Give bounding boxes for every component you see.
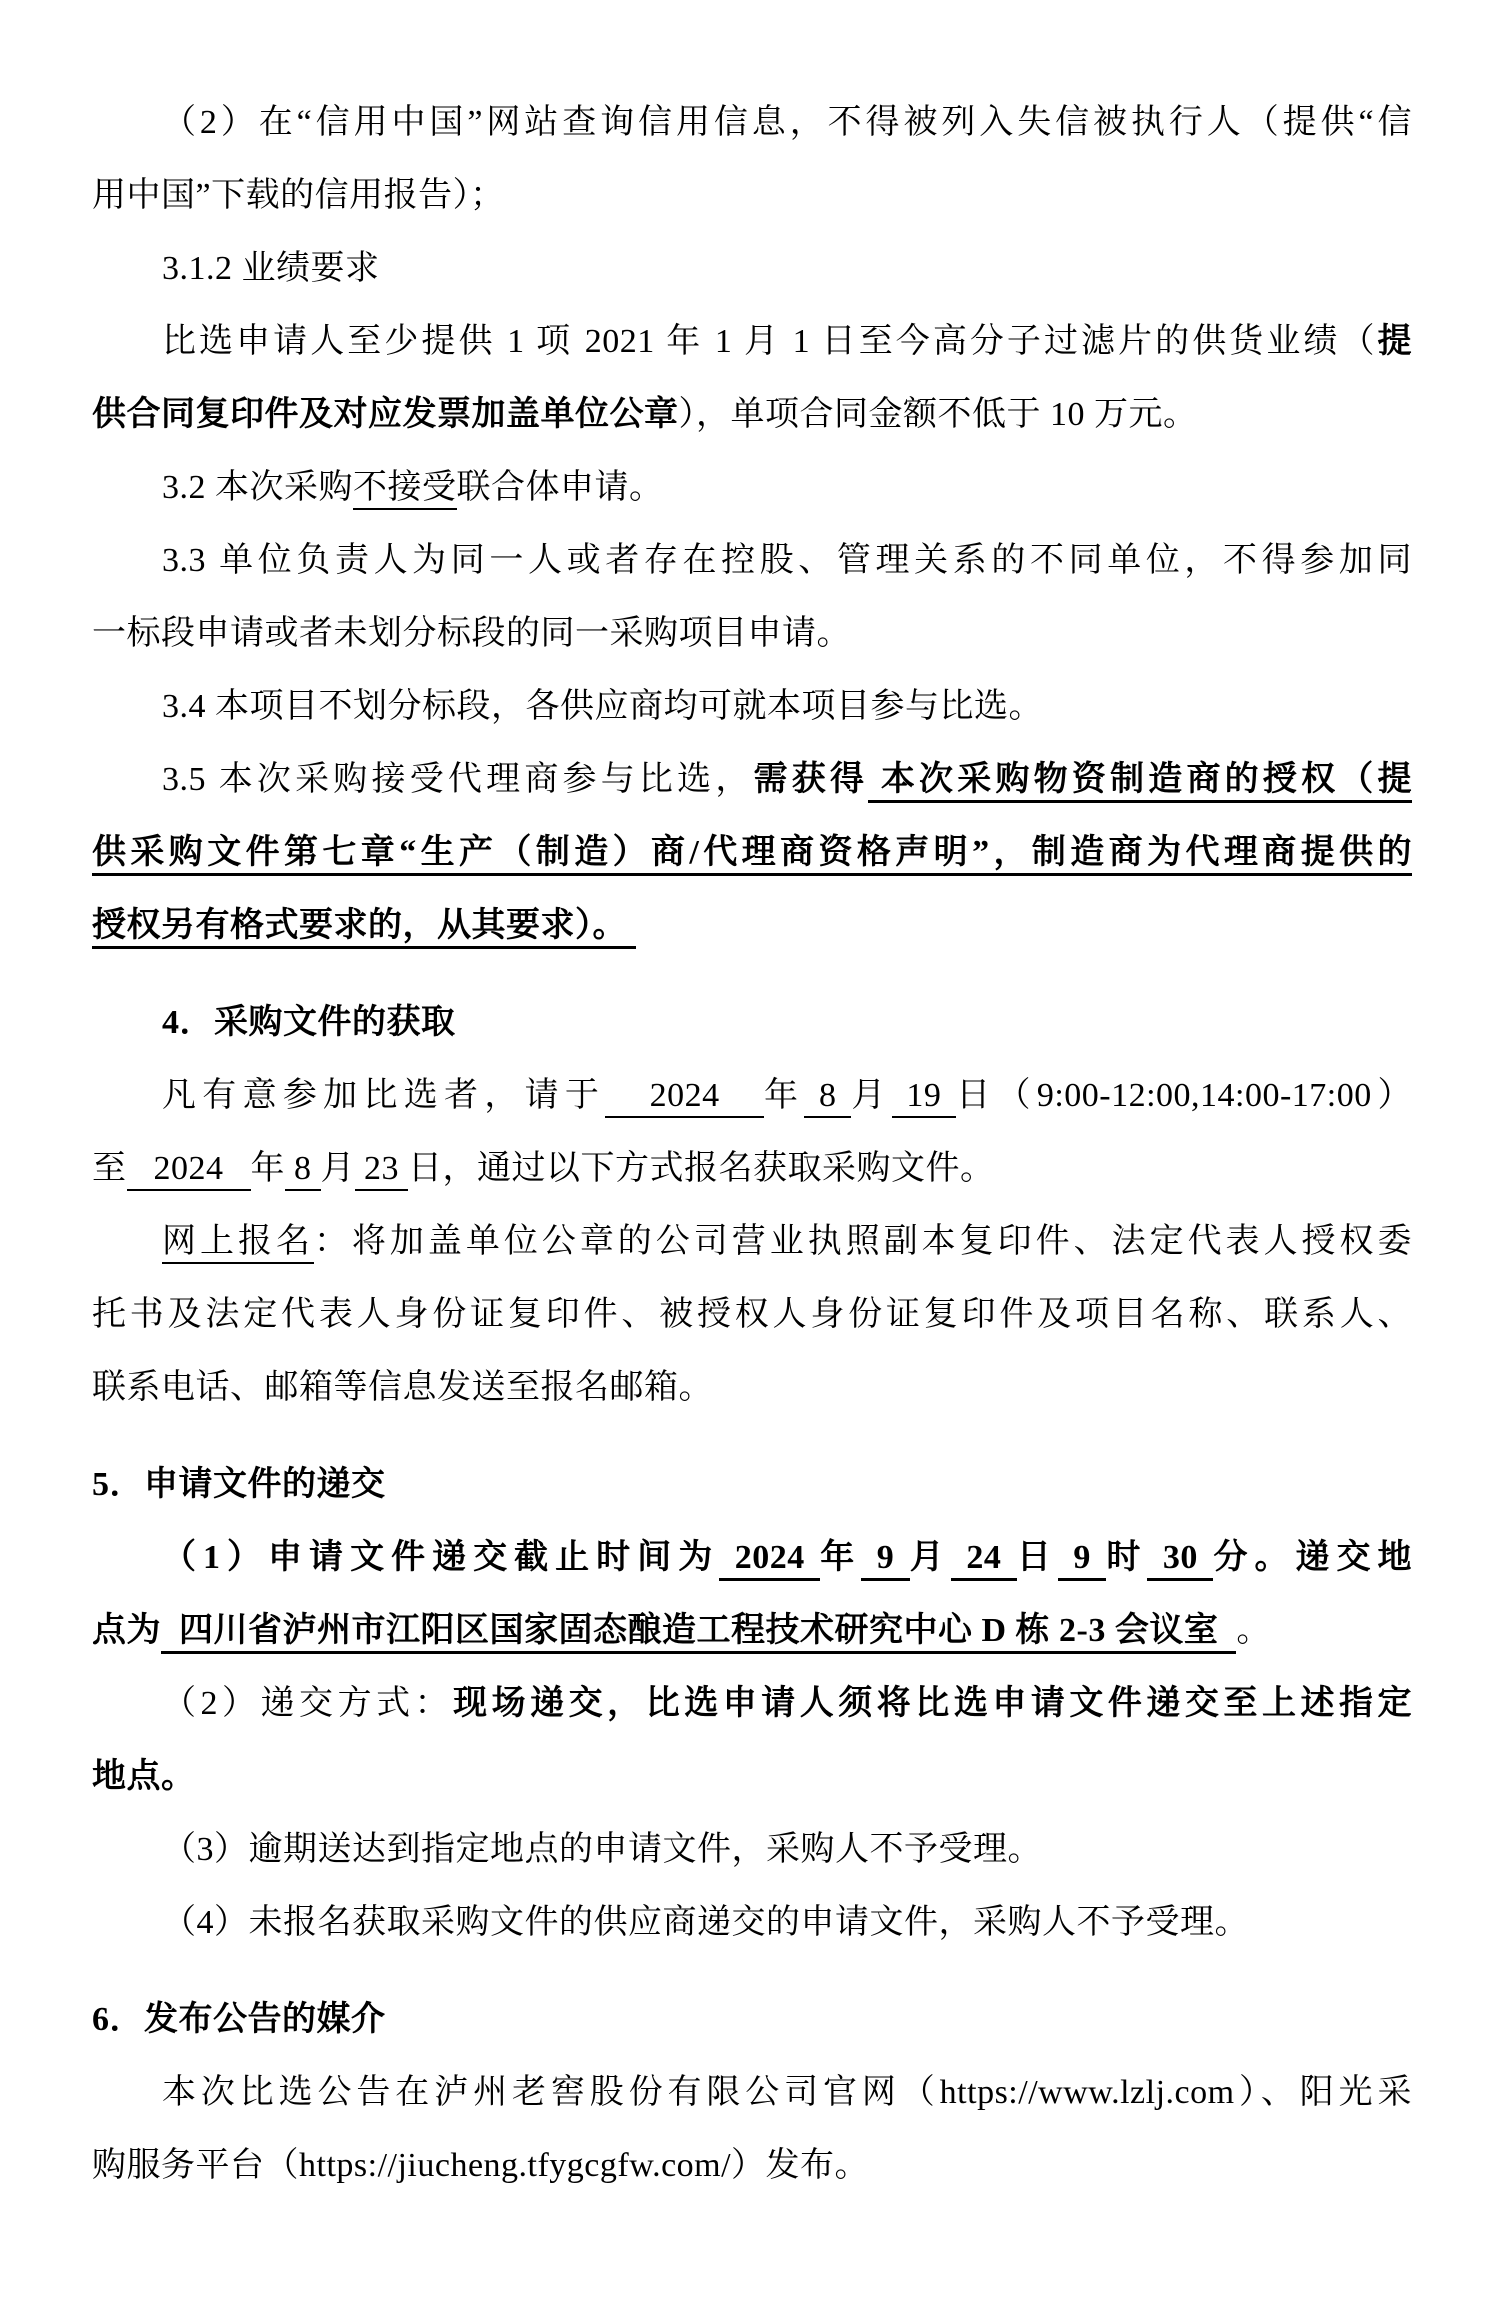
text-run: 本次比选公告在泸州老窖股份有限公司官网（https://www.lzlj.com… bbox=[162, 2074, 1412, 2111]
underlined-text-run: 9 bbox=[1058, 1539, 1107, 1581]
text-run: 分。递交地 bbox=[1213, 1539, 1412, 1576]
text-run: 供合同复印件及对应发票加盖单位公章 bbox=[92, 396, 679, 433]
text-run: 一标段申请或者未划分标段的同一采购项目申请。 bbox=[92, 615, 851, 652]
text-line: （3）逾期送达到指定地点的申请文件，采购人不予受理。 bbox=[92, 1813, 1412, 1886]
text-run: （2）在“信用中国”网站查询信用信息，不得被列入失信被执行人（提供“信 bbox=[162, 104, 1412, 141]
text-line: 购服务平台（https://jiucheng.tfygcgfw.com/）发布。 bbox=[92, 2129, 1412, 2202]
text-run: 托书及法定代表人身份证复印件、被授权人身份证复印件及项目名称、联系人、 bbox=[92, 1296, 1412, 1333]
text-line: 网上报名：将加盖单位公章的公司营业执照副本复印件、法定代表人授权委 bbox=[92, 1205, 1412, 1278]
text-run: 凡有意参加比选者，请于 bbox=[162, 1077, 605, 1114]
text-run: 月 bbox=[851, 1077, 891, 1114]
text-line: 3.1.2 业绩要求 bbox=[92, 232, 1412, 305]
underlined-text-run: 供采购文件第七章“生产（制造）商/代理商资格声明”，制造商为代理商提供的 bbox=[92, 834, 1412, 876]
text-run: 4．采购文件的获取 bbox=[162, 1004, 456, 1041]
text-run: 年 bbox=[820, 1539, 861, 1576]
section-4-heading: 4．采购文件的获取 bbox=[92, 986, 1412, 1059]
underlined-text-run: 授权另有格式要求的，从其要求）。 bbox=[92, 907, 636, 949]
text-run: 日 bbox=[1017, 1539, 1058, 1576]
text-run: 时 bbox=[1106, 1539, 1147, 1576]
text-line: 比选申请人至少提供 1 项 2021 年 1 月 1 日至今高分子过滤片的供货业… bbox=[92, 305, 1412, 378]
section-5-heading: 5．申请文件的递交 bbox=[92, 1448, 1412, 1521]
text-run: （3）逾期送达到指定地点的申请文件，采购人不予受理。 bbox=[162, 1831, 1042, 1868]
text-run: 点为 bbox=[92, 1612, 161, 1649]
text-run: （1）申请文件递交截止时间为 bbox=[162, 1539, 719, 1576]
text-run: 需获得 bbox=[754, 761, 869, 798]
underlined-text-run: 23 bbox=[355, 1150, 408, 1191]
text-run: 3.3 单位负责人为同一人或者存在控股、管理关系的不同单位，不得参加同 bbox=[162, 542, 1412, 579]
text-line: 供采购文件第七章“生产（制造）商/代理商资格声明”，制造商为代理商提供的 bbox=[92, 816, 1412, 889]
text-run: 日，通过以下方式报名获取采购文件。 bbox=[408, 1150, 995, 1187]
underlined-text-run: 8 bbox=[285, 1150, 321, 1191]
text-line: 一标段申请或者未划分标段的同一采购项目申请。 bbox=[92, 597, 1412, 670]
text-run: 提 bbox=[1378, 323, 1413, 360]
text-line: 本次比选公告在泸州老窖股份有限公司官网（https://www.lzlj.com… bbox=[92, 2056, 1412, 2129]
underlined-text-run: 本次采购物资制造商的授权（提 bbox=[868, 761, 1412, 803]
text-run: 3.4 本项目不划分标段，各供应商均可就本项目参与比选。 bbox=[162, 688, 1043, 725]
text-run: 比选申请人至少提供 1 项 2021 年 1 月 1 日至今高分子过滤片的供货业… bbox=[162, 323, 1378, 360]
text-line: （1）申请文件递交截止时间为 2024 年 9 月 24 日 9 时 30 分。… bbox=[92, 1521, 1412, 1594]
text-run: 3.1.2 业绩要求 bbox=[162, 250, 380, 287]
section-6-heading: 6．发布公告的媒介 bbox=[92, 1983, 1412, 2056]
text-run: 至 bbox=[92, 1150, 127, 1187]
text-line: 联系电话、邮箱等信息发送至报名邮箱。 bbox=[92, 1351, 1412, 1424]
underlined-text-run: 30 bbox=[1147, 1539, 1213, 1581]
text-run: ），单项合同金额不低于 10 万元。 bbox=[679, 396, 1198, 433]
text-run: 3.2 本次采购 bbox=[162, 469, 353, 506]
text-line: 3.2 本次采购不接受联合体申请。 bbox=[92, 451, 1412, 524]
text-line: 凡有意参加比选者，请于 2024 年 8 月 19 日（9:00-12:00,1… bbox=[92, 1059, 1412, 1132]
text-run: 。 bbox=[1236, 1612, 1271, 1649]
text-line: （4）未报名获取采购文件的供应商递交的申请文件，采购人不予受理。 bbox=[92, 1886, 1412, 1959]
text-run: 年 bbox=[764, 1077, 804, 1114]
text-line: 授权另有格式要求的，从其要求）。 bbox=[92, 889, 1412, 962]
text-run: 现场递交，比选申请人须将比选申请文件递交至上述指定 bbox=[453, 1685, 1412, 1722]
text-line: 至 2024 年 8 月 23 日，通过以下方式报名获取采购文件。 bbox=[92, 1132, 1412, 1205]
text-line: 3.5 本次采购接受代理商参与比选，需获得 本次采购物资制造商的授权（提 bbox=[92, 743, 1412, 816]
underlined-text-run: 2024 bbox=[127, 1150, 251, 1191]
underlined-text-run: 网上报名 bbox=[162, 1223, 314, 1264]
text-run: 5．申请文件的递交 bbox=[92, 1466, 386, 1503]
text-run: ：将加盖单位公章的公司营业执照副本复印件、法定代表人授权委 bbox=[314, 1223, 1412, 1260]
text-run: 联系电话、邮箱等信息发送至报名邮箱。 bbox=[92, 1369, 713, 1406]
underlined-text-run: 不接受 bbox=[353, 469, 457, 510]
text-run: 月 bbox=[321, 1150, 356, 1187]
text-line: （2）在“信用中国”网站查询信用信息，不得被列入失信被执行人（提供“信 bbox=[92, 86, 1412, 159]
text-run: 日（9:00-12:00,14:00-17:00） bbox=[956, 1077, 1412, 1114]
document-page: （2）在“信用中国”网站查询信用信息，不得被列入失信被执行人（提供“信用中国”下… bbox=[0, 0, 1500, 2305]
text-run: （4）未报名获取采购文件的供应商递交的申请文件，采购人不予受理。 bbox=[162, 1904, 1249, 1941]
text-line: 托书及法定代表人身份证复印件、被授权人身份证复印件及项目名称、联系人、 bbox=[92, 1278, 1412, 1351]
underlined-text-run: 2024 bbox=[605, 1077, 764, 1118]
underlined-text-run: 24 bbox=[951, 1539, 1017, 1581]
text-line: （2）递交方式：现场递交，比选申请人须将比选申请文件递交至上述指定 bbox=[92, 1667, 1412, 1740]
underlined-text-run: 9 bbox=[861, 1539, 910, 1581]
text-line: 供合同复印件及对应发票加盖单位公章），单项合同金额不低于 10 万元。 bbox=[92, 378, 1412, 451]
text-line: 地点。 bbox=[92, 1740, 1412, 1813]
text-line: 点为 四川省泸州市江阳区国家固态酿造工程技术研究中心 D 栋 2-3 会议室 。 bbox=[92, 1594, 1412, 1667]
text-run: 年 bbox=[251, 1150, 286, 1187]
text-run: 地点。 bbox=[92, 1758, 196, 1795]
underlined-text-run: 2024 bbox=[719, 1539, 820, 1581]
text-run: 用中国”下载的信用报告）； bbox=[92, 177, 505, 214]
text-run: 月 bbox=[910, 1539, 951, 1576]
text-line: 3.3 单位负责人为同一人或者存在控股、管理关系的不同单位，不得参加同 bbox=[92, 524, 1412, 597]
text-run: 联合体申请。 bbox=[457, 469, 664, 506]
underlined-text-run: 19 bbox=[892, 1077, 957, 1118]
text-line: 用中国”下载的信用报告）； bbox=[92, 159, 1412, 232]
underlined-text-run: 8 bbox=[804, 1077, 851, 1118]
text-run: 购服务平台（https://jiucheng.tfygcgfw.com/）发布。 bbox=[92, 2147, 869, 2184]
text-run: 3.5 本次采购接受代理商参与比选， bbox=[162, 761, 754, 798]
underlined-text-run: 四川省泸州市江阳区国家固态酿造工程技术研究中心 D 栋 2-3 会议室 bbox=[161, 1612, 1236, 1654]
text-line: 3.4 本项目不划分标段，各供应商均可就本项目参与比选。 bbox=[92, 670, 1412, 743]
text-run: （2）递交方式： bbox=[162, 1685, 453, 1722]
text-run: 6．发布公告的媒介 bbox=[92, 2001, 386, 2038]
